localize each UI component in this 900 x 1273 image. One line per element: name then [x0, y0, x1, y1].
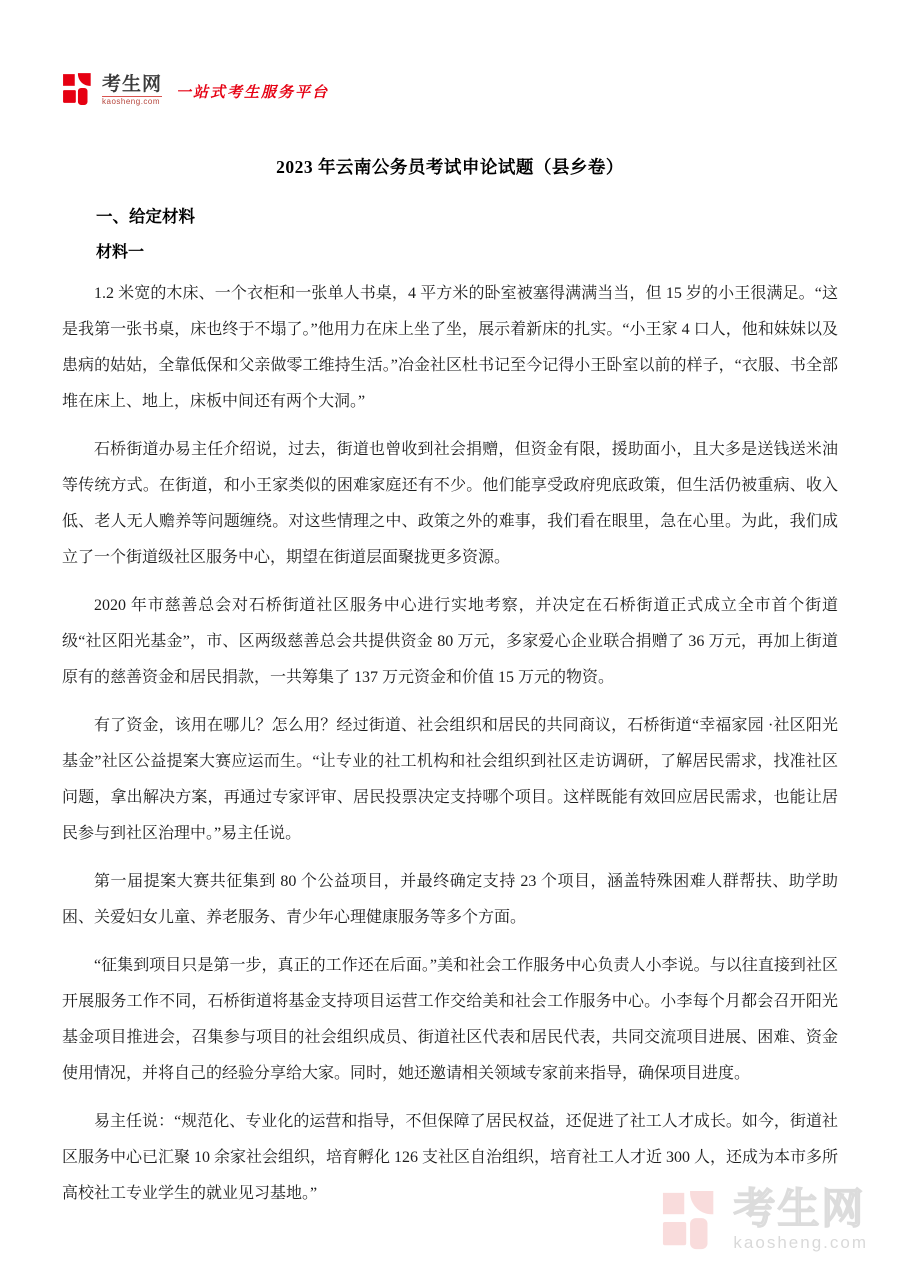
paragraph-3: 2020 年市慈善总会对石桥街道社区服务中心进行实地考察，并决定在石桥街道正式成…: [62, 588, 838, 696]
brand-name: 考生网: [102, 75, 162, 94]
section-heading: 一、给定材料: [62, 203, 838, 227]
paragraph-4: 有了资金，该用在哪儿？怎么用？经过街道、社会组织和居民的共同商议，石桥街道“幸福…: [62, 708, 838, 852]
paragraph-1: 1.2 米宽的木床、一个衣柜和一张单人书桌，4 平方米的卧室被塞得满满当当，但 …: [62, 276, 838, 420]
watermark-text-block: 考生网 kaosheng.com: [733, 1188, 868, 1251]
paragraph-5: 第一届提案大赛共征集到 80 个公益项目，并最终确定支持 23 个项目，涵盖特殊…: [62, 864, 838, 936]
brand-domain: kaosheng.com: [102, 96, 162, 106]
paragraph-2: 石桥街道办易主任介绍说，过去，街道也曾收到社会捐赠，但资金有限，援助面小，且大多…: [62, 432, 838, 576]
kaosheng-watermark-icon: [661, 1189, 723, 1251]
page-title: 2023 年云南公务员考试申论试题（县乡卷）: [62, 154, 838, 179]
kaosheng-logo-icon: [62, 72, 96, 106]
material-heading: 材料一: [62, 239, 838, 262]
document-content: 2023 年云南公务员考试申论试题（县乡卷） 一、给定材料 材料一 1.2 米宽…: [0, 114, 900, 1224]
watermark: 考生网 kaosheng.com: [661, 1188, 868, 1251]
brand-tagline: 一站式考生服务平台: [176, 81, 329, 102]
watermark-brand-name: 考生网: [733, 1188, 868, 1230]
watermark-domain: kaosheng.com: [733, 1234, 868, 1251]
site-header: 考生网 kaosheng.com 一站式考生服务平台: [62, 72, 329, 106]
paragraph-6: “征集到项目只是第一步，真正的工作还在后面。”美和社会工作服务中心负责人小李说。…: [62, 948, 838, 1092]
brand-text-block: 考生网 kaosheng.com: [102, 75, 162, 106]
